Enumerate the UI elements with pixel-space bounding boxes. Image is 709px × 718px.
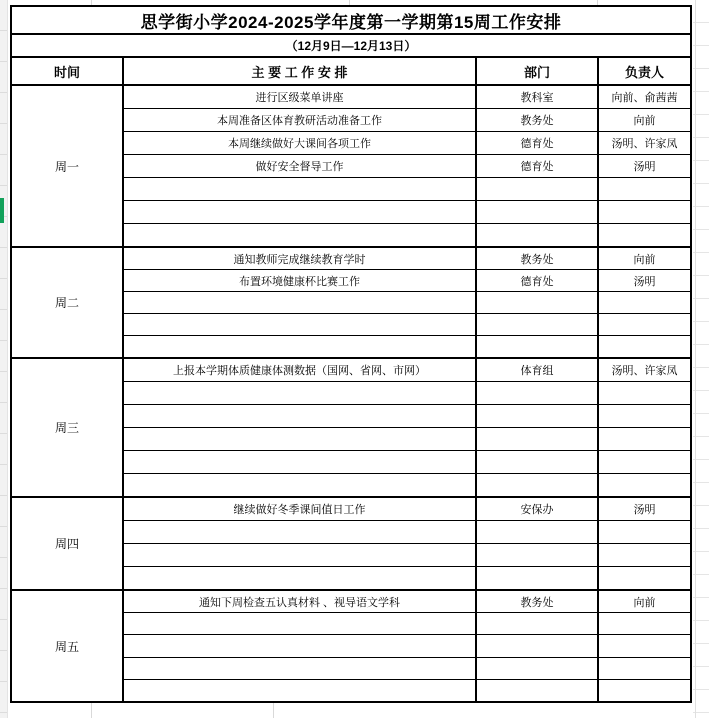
task-cell[interactable] <box>124 474 477 496</box>
task-cell[interactable] <box>124 635 477 656</box>
day-rows: 继续做好冬季课间值日工作 安保办 汤明 <box>124 498 690 589</box>
task-row <box>124 635 690 657</box>
spreadsheet-canvas: 思学街小学2024-2025学年度第一学期第15周工作安排 （12月9日—12月… <box>0 0 709 718</box>
header-owner[interactable]: 负责人 <box>599 58 690 84</box>
task-cell[interactable]: 通知教师完成继续教育学时 <box>124 248 477 269</box>
owner-cell[interactable] <box>599 292 690 313</box>
dept-cell[interactable] <box>477 613 599 634</box>
sheet-gridline-tick <box>91 703 92 718</box>
owner-cell[interactable] <box>599 680 690 701</box>
task-row: 进行区级菜单讲座 教科室 向前、俞茜茜 <box>124 86 690 109</box>
dept-cell[interactable]: 教科室 <box>477 86 599 108</box>
table-title-cell[interactable]: 思学街小学2024-2025学年度第一学期第15周工作安排 <box>12 7 690 35</box>
task-cell[interactable] <box>124 405 477 427</box>
dept-cell[interactable]: 德育处 <box>477 132 599 154</box>
owner-cell[interactable] <box>599 224 690 246</box>
owner-cell[interactable]: 向前 <box>599 591 690 612</box>
task-row <box>124 405 690 428</box>
header-time[interactable]: 时间 <box>12 58 124 84</box>
owner-cell[interactable]: 向前 <box>599 109 690 131</box>
task-cell[interactable] <box>124 567 477 589</box>
task-row <box>124 613 690 635</box>
task-cell[interactable] <box>124 428 477 450</box>
owner-cell[interactable] <box>599 635 690 656</box>
owner-cell[interactable] <box>599 336 690 357</box>
day-label[interactable]: 周二 <box>12 248 124 357</box>
dept-cell[interactable] <box>477 314 599 335</box>
day-rows: 上报本学期体质健康体测数据（国网、省网、市网） 体育组 汤明、许家凤 <box>124 359 690 496</box>
task-row <box>124 474 690 496</box>
task-row: 继续做好冬季课间值日工作 安保办 汤明 <box>124 498 690 521</box>
sheet-gridline-tick <box>273 703 274 718</box>
task-row <box>124 292 690 314</box>
task-cell[interactable]: 通知下周检查五认真材料 、视导语文学科 <box>124 591 477 612</box>
task-row <box>124 658 690 680</box>
owner-cell[interactable] <box>599 201 690 223</box>
task-cell[interactable]: 本周准备区体育教研活动准备工作 <box>124 109 477 131</box>
sheet-gridline-vertical <box>695 0 696 718</box>
dept-cell[interactable]: 体育组 <box>477 359 599 381</box>
task-cell[interactable] <box>124 201 477 223</box>
dept-cell[interactable] <box>477 544 599 566</box>
day-blocks: 周一 进行区级菜单讲座 教科室 向前、俞茜茜 本周准备区体育教研活动准备工作 教… <box>12 86 690 701</box>
dept-cell[interactable]: 安保办 <box>477 498 599 520</box>
dept-cell[interactable] <box>477 658 599 679</box>
task-cell[interactable] <box>124 544 477 566</box>
table-subtitle: （12月9日—12月13日） <box>286 37 417 54</box>
day-rows: 进行区级菜单讲座 教科室 向前、俞茜茜 本周准备区体育教研活动准备工作 教务处 … <box>124 86 690 246</box>
dept-cell[interactable] <box>477 224 599 246</box>
owner-cell[interactable] <box>599 474 690 496</box>
owner-cell[interactable] <box>599 405 690 427</box>
owner-cell[interactable]: 汤明 <box>599 155 690 177</box>
owner-cell[interactable]: 汤明、许家凤 <box>599 132 690 154</box>
table-subtitle-cell[interactable]: （12月9日—12月13日） <box>12 35 690 58</box>
task-row <box>124 428 690 451</box>
task-row <box>124 544 690 567</box>
dept-cell[interactable] <box>477 428 599 450</box>
task-cell[interactable] <box>124 336 477 357</box>
task-row <box>124 224 690 246</box>
dept-cell[interactable] <box>477 635 599 656</box>
task-row: 本周继续做好大课间各项工作 德育处 汤明、许家凤 <box>124 132 690 155</box>
header-dept[interactable]: 部门 <box>477 58 599 84</box>
day-label[interactable]: 周五 <box>12 591 124 701</box>
task-row: 布置环境健康杯比赛工作 德育处 汤明 <box>124 270 690 292</box>
task-cell[interactable] <box>124 658 477 679</box>
day-block: 周四 继续做好冬季课间值日工作 安保办 汤明 <box>12 498 690 591</box>
task-cell[interactable] <box>124 224 477 246</box>
task-cell[interactable] <box>124 178 477 200</box>
day-block: 周二 通知教师完成继续教育学时 教务处 向前 布置环境健康杯比赛工作 德育处 汤… <box>12 248 690 359</box>
owner-cell[interactable] <box>599 567 690 589</box>
task-row: 通知下周检查五认真材料 、视导语文学科 教务处 向前 <box>124 591 690 613</box>
dept-cell[interactable]: 教务处 <box>477 248 599 269</box>
task-row <box>124 680 690 701</box>
dept-cell[interactable] <box>477 451 599 473</box>
owner-cell[interactable] <box>599 544 690 566</box>
day-label[interactable]: 周四 <box>12 498 124 589</box>
task-cell[interactable]: 继续做好冬季课间值日工作 <box>124 498 477 520</box>
day-block: 周五 通知下周检查五认真材料 、视导语文学科 教务处 向前 <box>12 591 690 701</box>
dept-cell[interactable]: 教务处 <box>477 109 599 131</box>
dept-cell[interactable]: 德育处 <box>477 270 599 291</box>
dept-cell[interactable] <box>477 521 599 543</box>
owner-cell[interactable] <box>599 613 690 634</box>
dept-cell[interactable] <box>477 336 599 357</box>
task-cell[interactable]: 布置环境健康杯比赛工作 <box>124 270 477 291</box>
task-row: 上报本学期体质健康体测数据（国网、省网、市网） 体育组 汤明、许家凤 <box>124 359 690 382</box>
task-row <box>124 382 690 405</box>
task-cell[interactable] <box>124 521 477 543</box>
dept-cell[interactable] <box>477 567 599 589</box>
day-label[interactable]: 周一 <box>12 86 124 246</box>
task-cell[interactable]: 本周继续做好大课间各项工作 <box>124 132 477 154</box>
day-block: 周三 上报本学期体质健康体测数据（国网、省网、市网） 体育组 汤明、许家凤 <box>12 359 690 498</box>
task-cell[interactable] <box>124 382 477 404</box>
task-cell[interactable] <box>124 613 477 634</box>
task-row: 做好安全督导工作 德育处 汤明 <box>124 155 690 178</box>
schedule-table: 思学街小学2024-2025学年度第一学期第15周工作安排 （12月9日—12月… <box>10 5 692 703</box>
task-row <box>124 201 690 224</box>
dept-cell[interactable] <box>477 474 599 496</box>
owner-cell[interactable] <box>599 451 690 473</box>
task-cell[interactable] <box>124 451 477 473</box>
day-label[interactable]: 周三 <box>12 359 124 496</box>
header-task[interactable]: 主 要 工 作 安 排 <box>124 58 477 84</box>
task-cell[interactable]: 上报本学期体质健康体测数据（国网、省网、市网） <box>124 359 477 381</box>
table-header-row: 时间 主 要 工 作 安 排 部门 负责人 <box>12 58 690 86</box>
day-rows: 通知教师完成继续教育学时 教务处 向前 布置环境健康杯比赛工作 德育处 汤明 <box>124 248 690 357</box>
task-cell[interactable] <box>124 314 477 335</box>
task-row: 本周准备区体育教研活动准备工作 教务处 向前 <box>124 109 690 132</box>
dept-cell[interactable] <box>477 680 599 701</box>
task-row: 通知教师完成继续教育学时 教务处 向前 <box>124 248 690 270</box>
dept-cell[interactable] <box>477 292 599 313</box>
task-row <box>124 336 690 357</box>
owner-cell[interactable] <box>599 178 690 200</box>
table-title: 思学街小学2024-2025学年度第一学期第15周工作安排 <box>141 8 562 33</box>
owner-cell[interactable]: 汤明 <box>599 498 690 520</box>
dept-cell[interactable] <box>477 405 599 427</box>
task-cell[interactable]: 做好安全督导工作 <box>124 155 477 177</box>
owner-cell[interactable]: 向前、俞茜茜 <box>599 86 690 108</box>
task-row <box>124 567 690 589</box>
owner-cell[interactable] <box>599 658 690 679</box>
dept-cell[interactable] <box>477 382 599 404</box>
dept-cell[interactable]: 德育处 <box>477 155 599 177</box>
owner-cell[interactable] <box>599 428 690 450</box>
row-selection-marker <box>0 198 4 223</box>
dept-cell[interactable] <box>477 201 599 223</box>
task-cell[interactable]: 进行区级菜单讲座 <box>124 86 477 108</box>
task-row <box>124 314 690 336</box>
task-cell[interactable] <box>124 292 477 313</box>
dept-cell[interactable] <box>477 178 599 200</box>
task-row <box>124 521 690 544</box>
dept-cell[interactable]: 教务处 <box>477 591 599 612</box>
owner-cell[interactable] <box>599 521 690 543</box>
owner-cell[interactable]: 汤明 <box>599 270 690 291</box>
task-row <box>124 451 690 474</box>
owner-cell[interactable]: 汤明、许家凤 <box>599 359 690 381</box>
owner-cell[interactable] <box>599 314 690 335</box>
task-cell[interactable] <box>124 680 477 701</box>
task-row <box>124 178 690 201</box>
day-block: 周一 进行区级菜单讲座 教科室 向前、俞茜茜 本周准备区体育教研活动准备工作 教… <box>12 86 690 248</box>
day-rows: 通知下周检查五认真材料 、视导语文学科 教务处 向前 <box>124 591 690 701</box>
owner-cell[interactable] <box>599 382 690 404</box>
sheet-gridlines-left <box>0 0 8 718</box>
owner-cell[interactable]: 向前 <box>599 248 690 269</box>
